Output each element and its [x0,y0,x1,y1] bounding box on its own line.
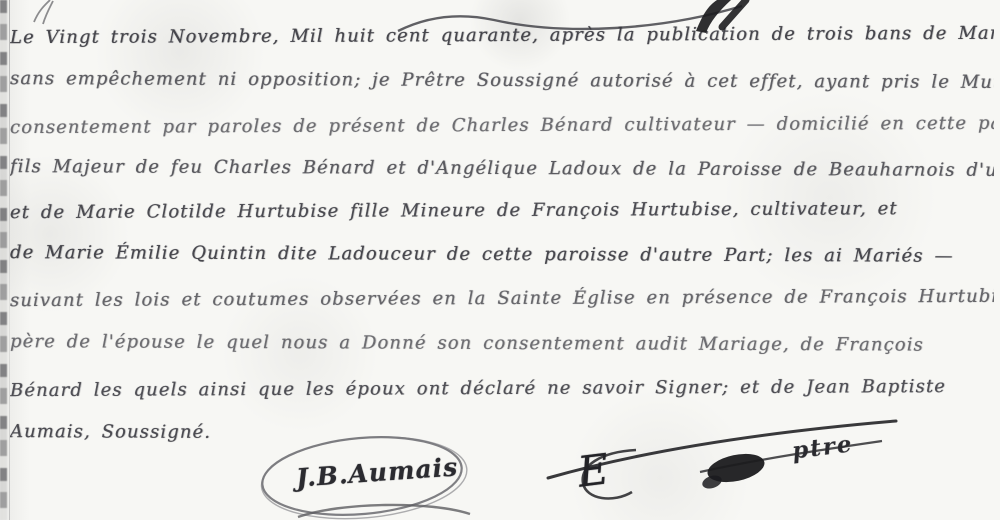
top-left-squiggle [34,0,53,24]
witness-signature: J.B.Aumais [295,452,459,492]
binding-edge [0,0,7,520]
manuscript-line: père de l'épouse le quel nous a Donné so… [10,330,994,358]
manuscript-line: consentement par paroles de présent de C… [10,112,994,140]
cutoff-oval-arc [298,505,470,517]
manuscript-line: Bénard les quels ainsi que les époux ont… [10,375,994,403]
manuscript-line: Le Vingt trois Novembre, Mil huit cent q… [10,22,994,50]
manuscript-page: Le Vingt trois Novembre, Mil huit cent q… [0,0,1000,520]
manuscript-line: suivant les lois et coutumes observées e… [10,285,994,313]
manuscript-line: sans empêchement ni opposition; je Prêtr… [10,67,994,95]
manuscript-line: et de Marie Clotilde Hurtubise fille Min… [10,197,994,225]
manuscript-line: fils Majeur de feu Charles Bénard et d'A… [10,155,994,183]
manuscript-line: de Marie Émilie Quintin dite Ladouceur d… [10,241,994,269]
priest-signature-initial: E [575,444,611,496]
